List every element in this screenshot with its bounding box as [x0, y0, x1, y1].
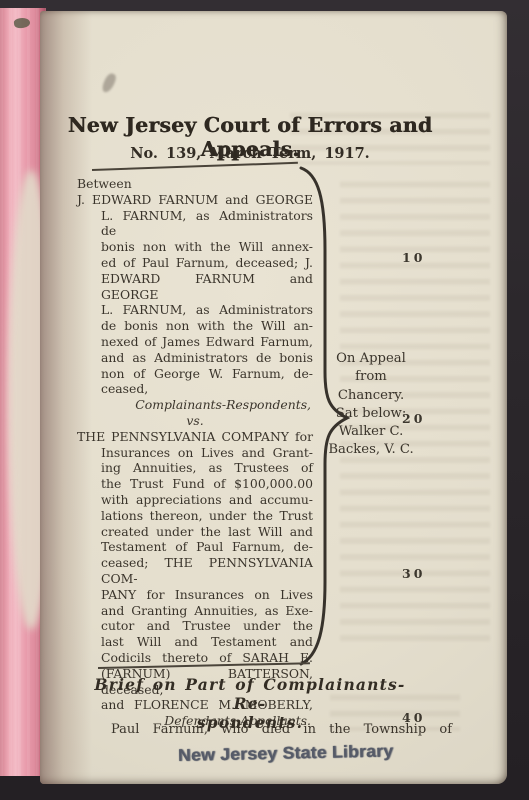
caption-line: non of George W. Farnum, de-	[77, 366, 313, 382]
margin-line-number: 30	[402, 566, 448, 581]
caption-line: lations thereon, under the Trust	[77, 508, 313, 524]
body-first-line: Paul Farnum, who died in the Township of	[96, 722, 452, 737]
caption-line: Insurances on Lives and Grant-	[77, 445, 313, 461]
margin-line-number: 20	[402, 411, 448, 426]
caption-line: L. FARNUM, as Administrators	[77, 302, 313, 318]
caption-line: EDWARD FARNUM and GEORGE	[77, 271, 313, 303]
appeal-note-line: On Appeal	[318, 350, 424, 368]
caption-line: J. EDWARD FARNUM and GEORGE	[77, 192, 313, 208]
photo-background: New Jersey Court of Errors and Appeals. …	[0, 0, 529, 800]
caption-line: bonis non with the Will annex-	[77, 239, 313, 255]
caption-line: ing Annuities, as Trustees of	[77, 460, 313, 476]
caption-line: nexed of James Edward Farnum,	[77, 334, 313, 350]
library-stamp: New Jersey State Library	[178, 741, 428, 766]
caption-line: PANY for Insurances on Lives	[77, 587, 313, 603]
caption-line: Testament of Paul Farnum, de-	[77, 539, 313, 555]
caption-line: with appreciations and accumu-	[77, 492, 313, 508]
caption-line: ed of Paul Farnum, deceased; J.	[77, 255, 313, 271]
appeal-note-line: Chancery.	[318, 387, 424, 405]
brief-heading-line1: Brief on Part of Complainants-Re-	[85, 675, 415, 713]
caption-line: the Trust Fund of $100,000.00	[77, 476, 313, 492]
caption-line: L. FARNUM, as Administrators de	[77, 208, 313, 240]
caption-line: Between	[77, 176, 313, 192]
caption-line: ceased,	[77, 381, 313, 397]
term-line: No. 139, March Term, 1917.	[50, 145, 450, 162]
appeal-note-line: Backes, V. C.	[318, 441, 424, 459]
case-caption: BetweenJ. EDWARD FARNUM and GEORGEL. FAR…	[77, 176, 313, 729]
caption-line: and Granting Annuities, as Exe-	[77, 603, 313, 619]
caption-line: vs.	[77, 413, 313, 429]
caption-line: Complainants-Respondents,	[77, 397, 313, 413]
caption-line: and as Administrators de bonis	[77, 350, 313, 366]
caption-line: last Will and Testament and	[77, 634, 313, 650]
document-page: New Jersey Court of Errors and Appeals. …	[40, 11, 507, 784]
appeal-note: On AppealfromChancery.Sat below:Walker C…	[318, 350, 424, 460]
header-rule	[92, 162, 298, 171]
margin-line-number: 10	[402, 250, 448, 265]
caption-line: cutor and Trustee under the	[77, 618, 313, 634]
pencil-smudge	[100, 72, 117, 94]
binding-smudge-mark	[13, 17, 30, 29]
caption-line: ceased; THE PENNSYLVANIA COM-	[77, 555, 313, 587]
caption-line: de bonis non with the Will an-	[77, 318, 313, 334]
appeal-note-line: from	[318, 368, 424, 386]
caption-line: THE PENNSYLVANIA COMPANY for	[77, 429, 313, 445]
caption-line: created under the last Will and	[77, 524, 313, 540]
